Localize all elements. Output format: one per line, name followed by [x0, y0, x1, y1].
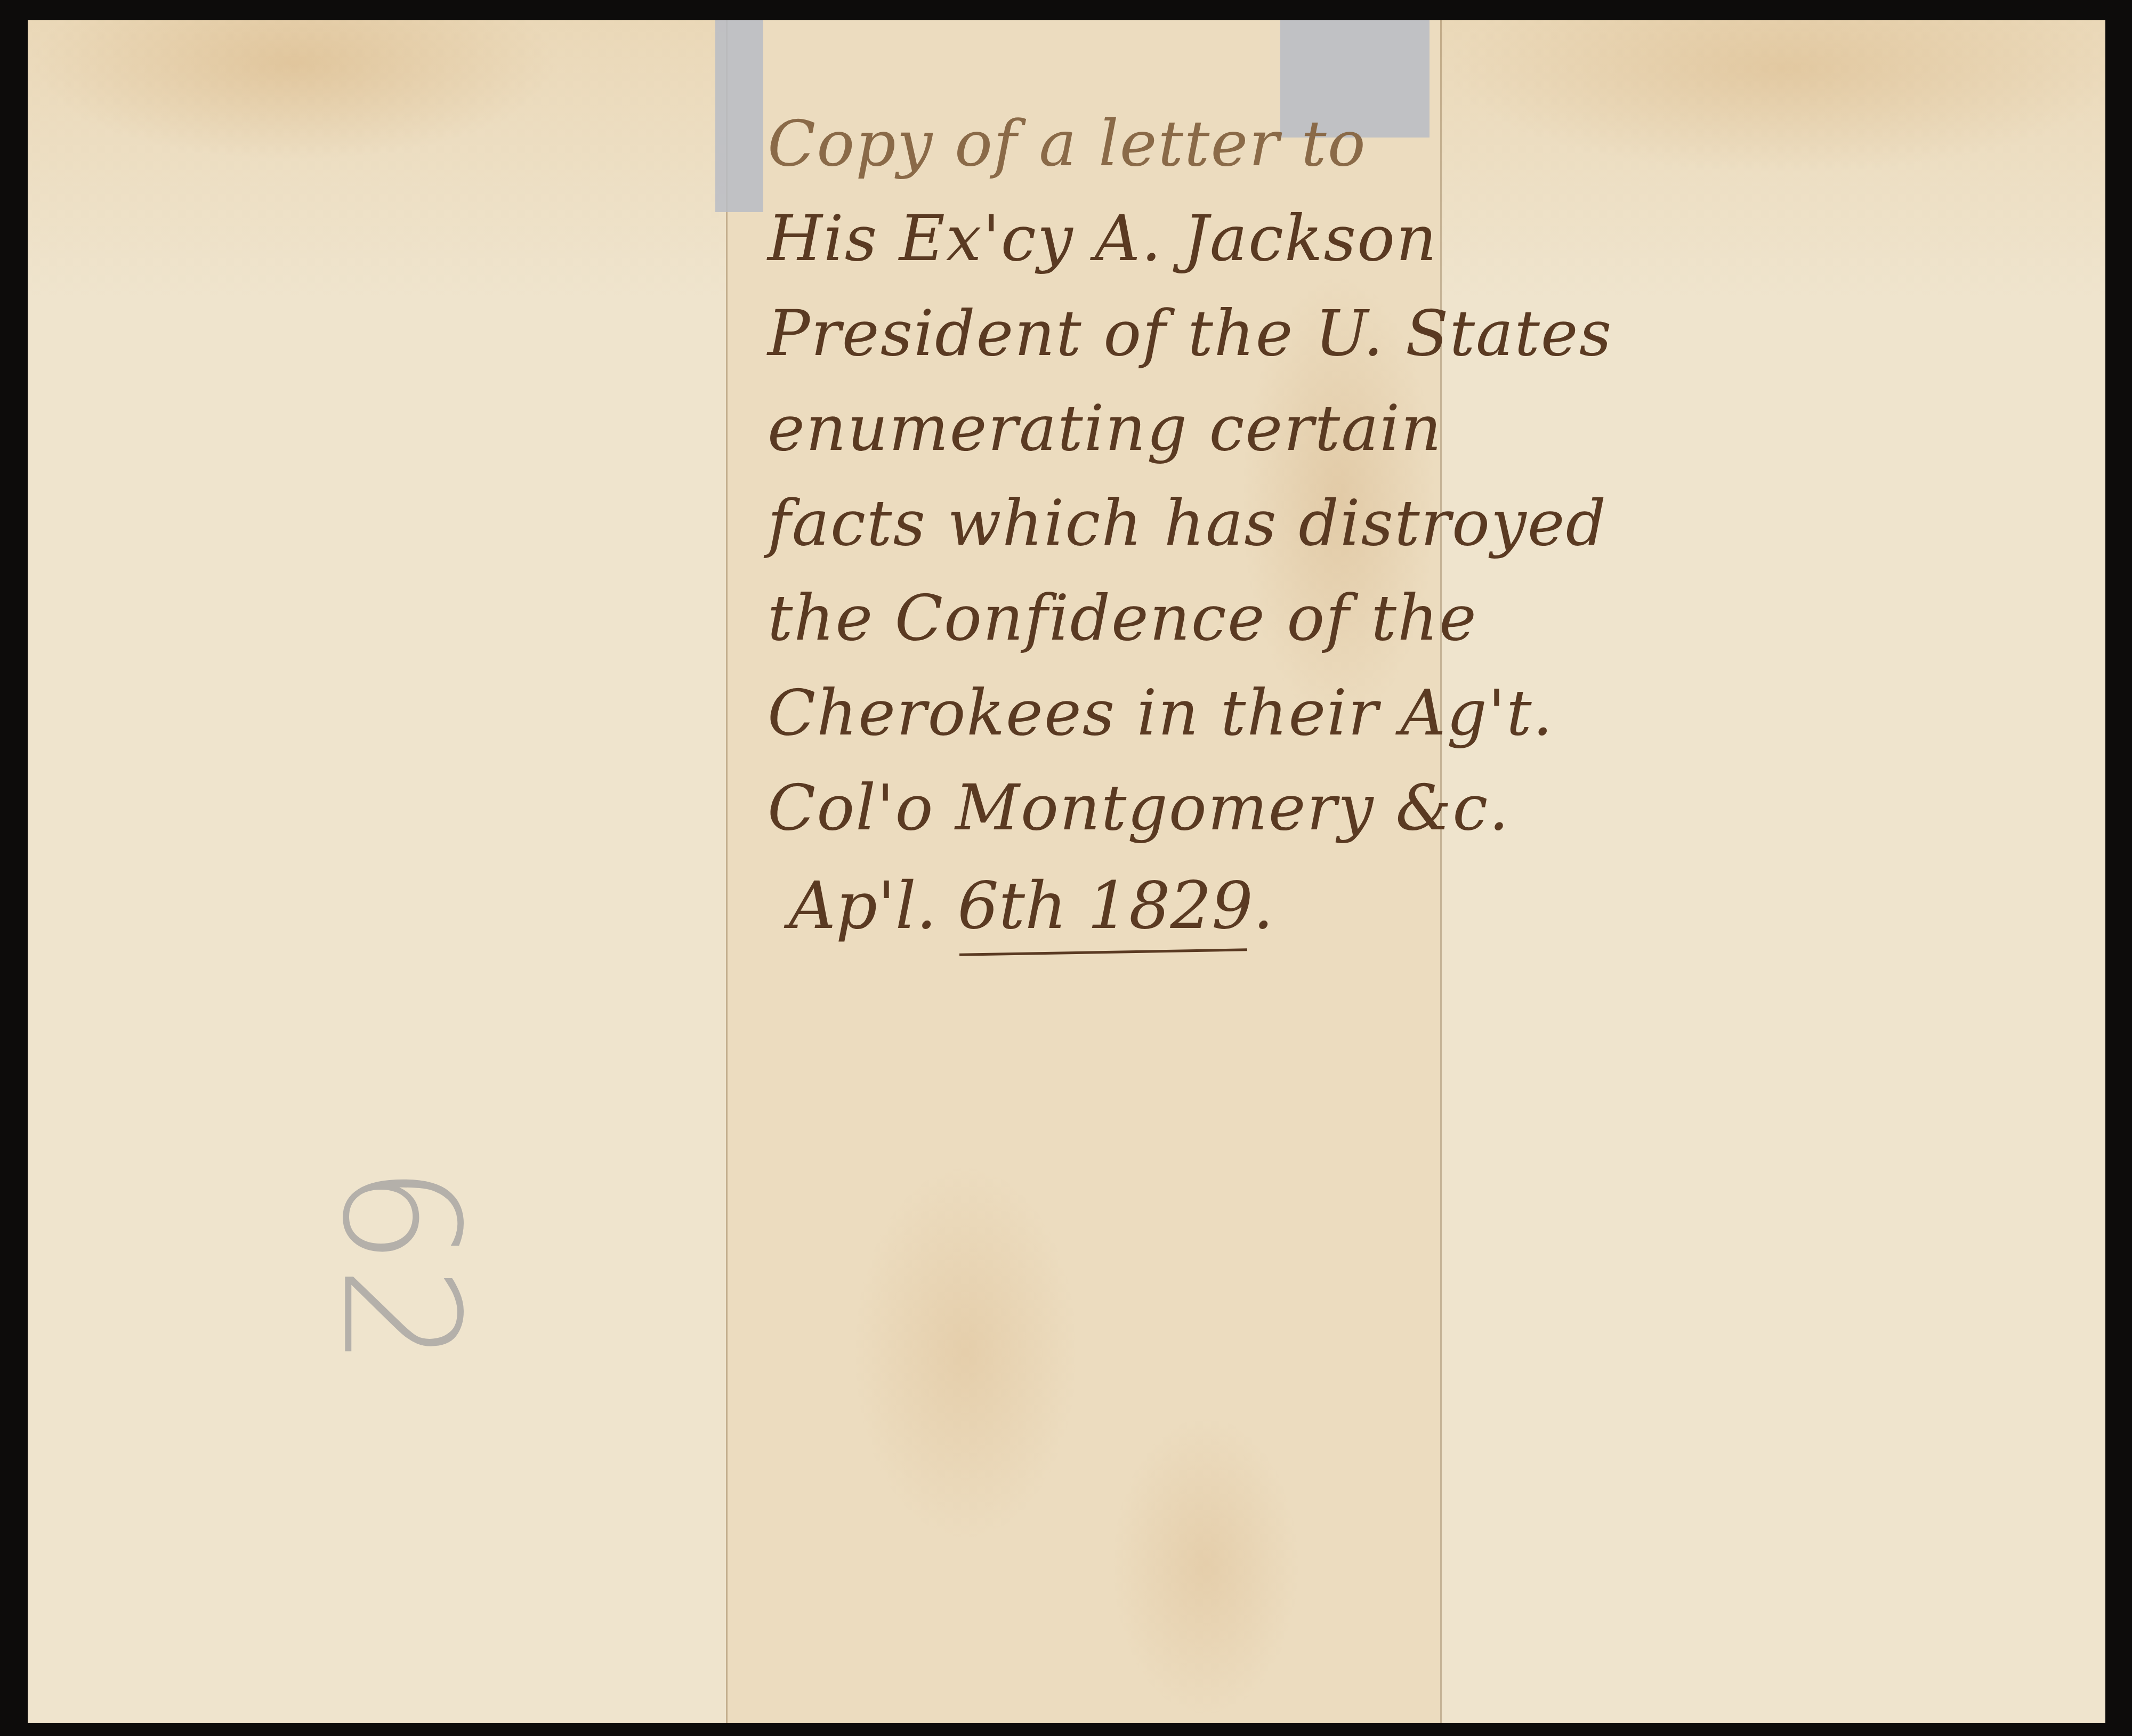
tissue-repair-left — [715, 20, 763, 212]
pencil-annotation: 62 — [307, 1164, 493, 1368]
left-panel — [28, 20, 726, 1723]
manuscript-line-6: the Confidence of the — [768, 570, 1396, 665]
right-panel — [1440, 20, 2105, 1723]
manuscript-line-4: enumerating certain — [768, 381, 1396, 475]
fold-line-left — [726, 20, 728, 1723]
manuscript-line-7: Cherokees in their Ag't. — [768, 665, 1396, 760]
manuscript-endorsement: Copy of a letter to His Ex'cy A. Jackson… — [768, 96, 1396, 956]
manuscript-date: Ap'l. 6th 1829. — [768, 855, 1396, 956]
manuscript-line-5: facts which has distroyed — [768, 475, 1396, 570]
manuscript-line-1: Copy of a letter to — [768, 96, 1396, 191]
manuscript-line-2: His Ex'cy A. Jackson — [768, 191, 1396, 286]
manuscript-line-3: President of the U. States — [768, 286, 1396, 381]
fold-line-right — [1440, 20, 1442, 1723]
manuscript-line-8: Col'o Montgomery &c. — [768, 760, 1396, 855]
